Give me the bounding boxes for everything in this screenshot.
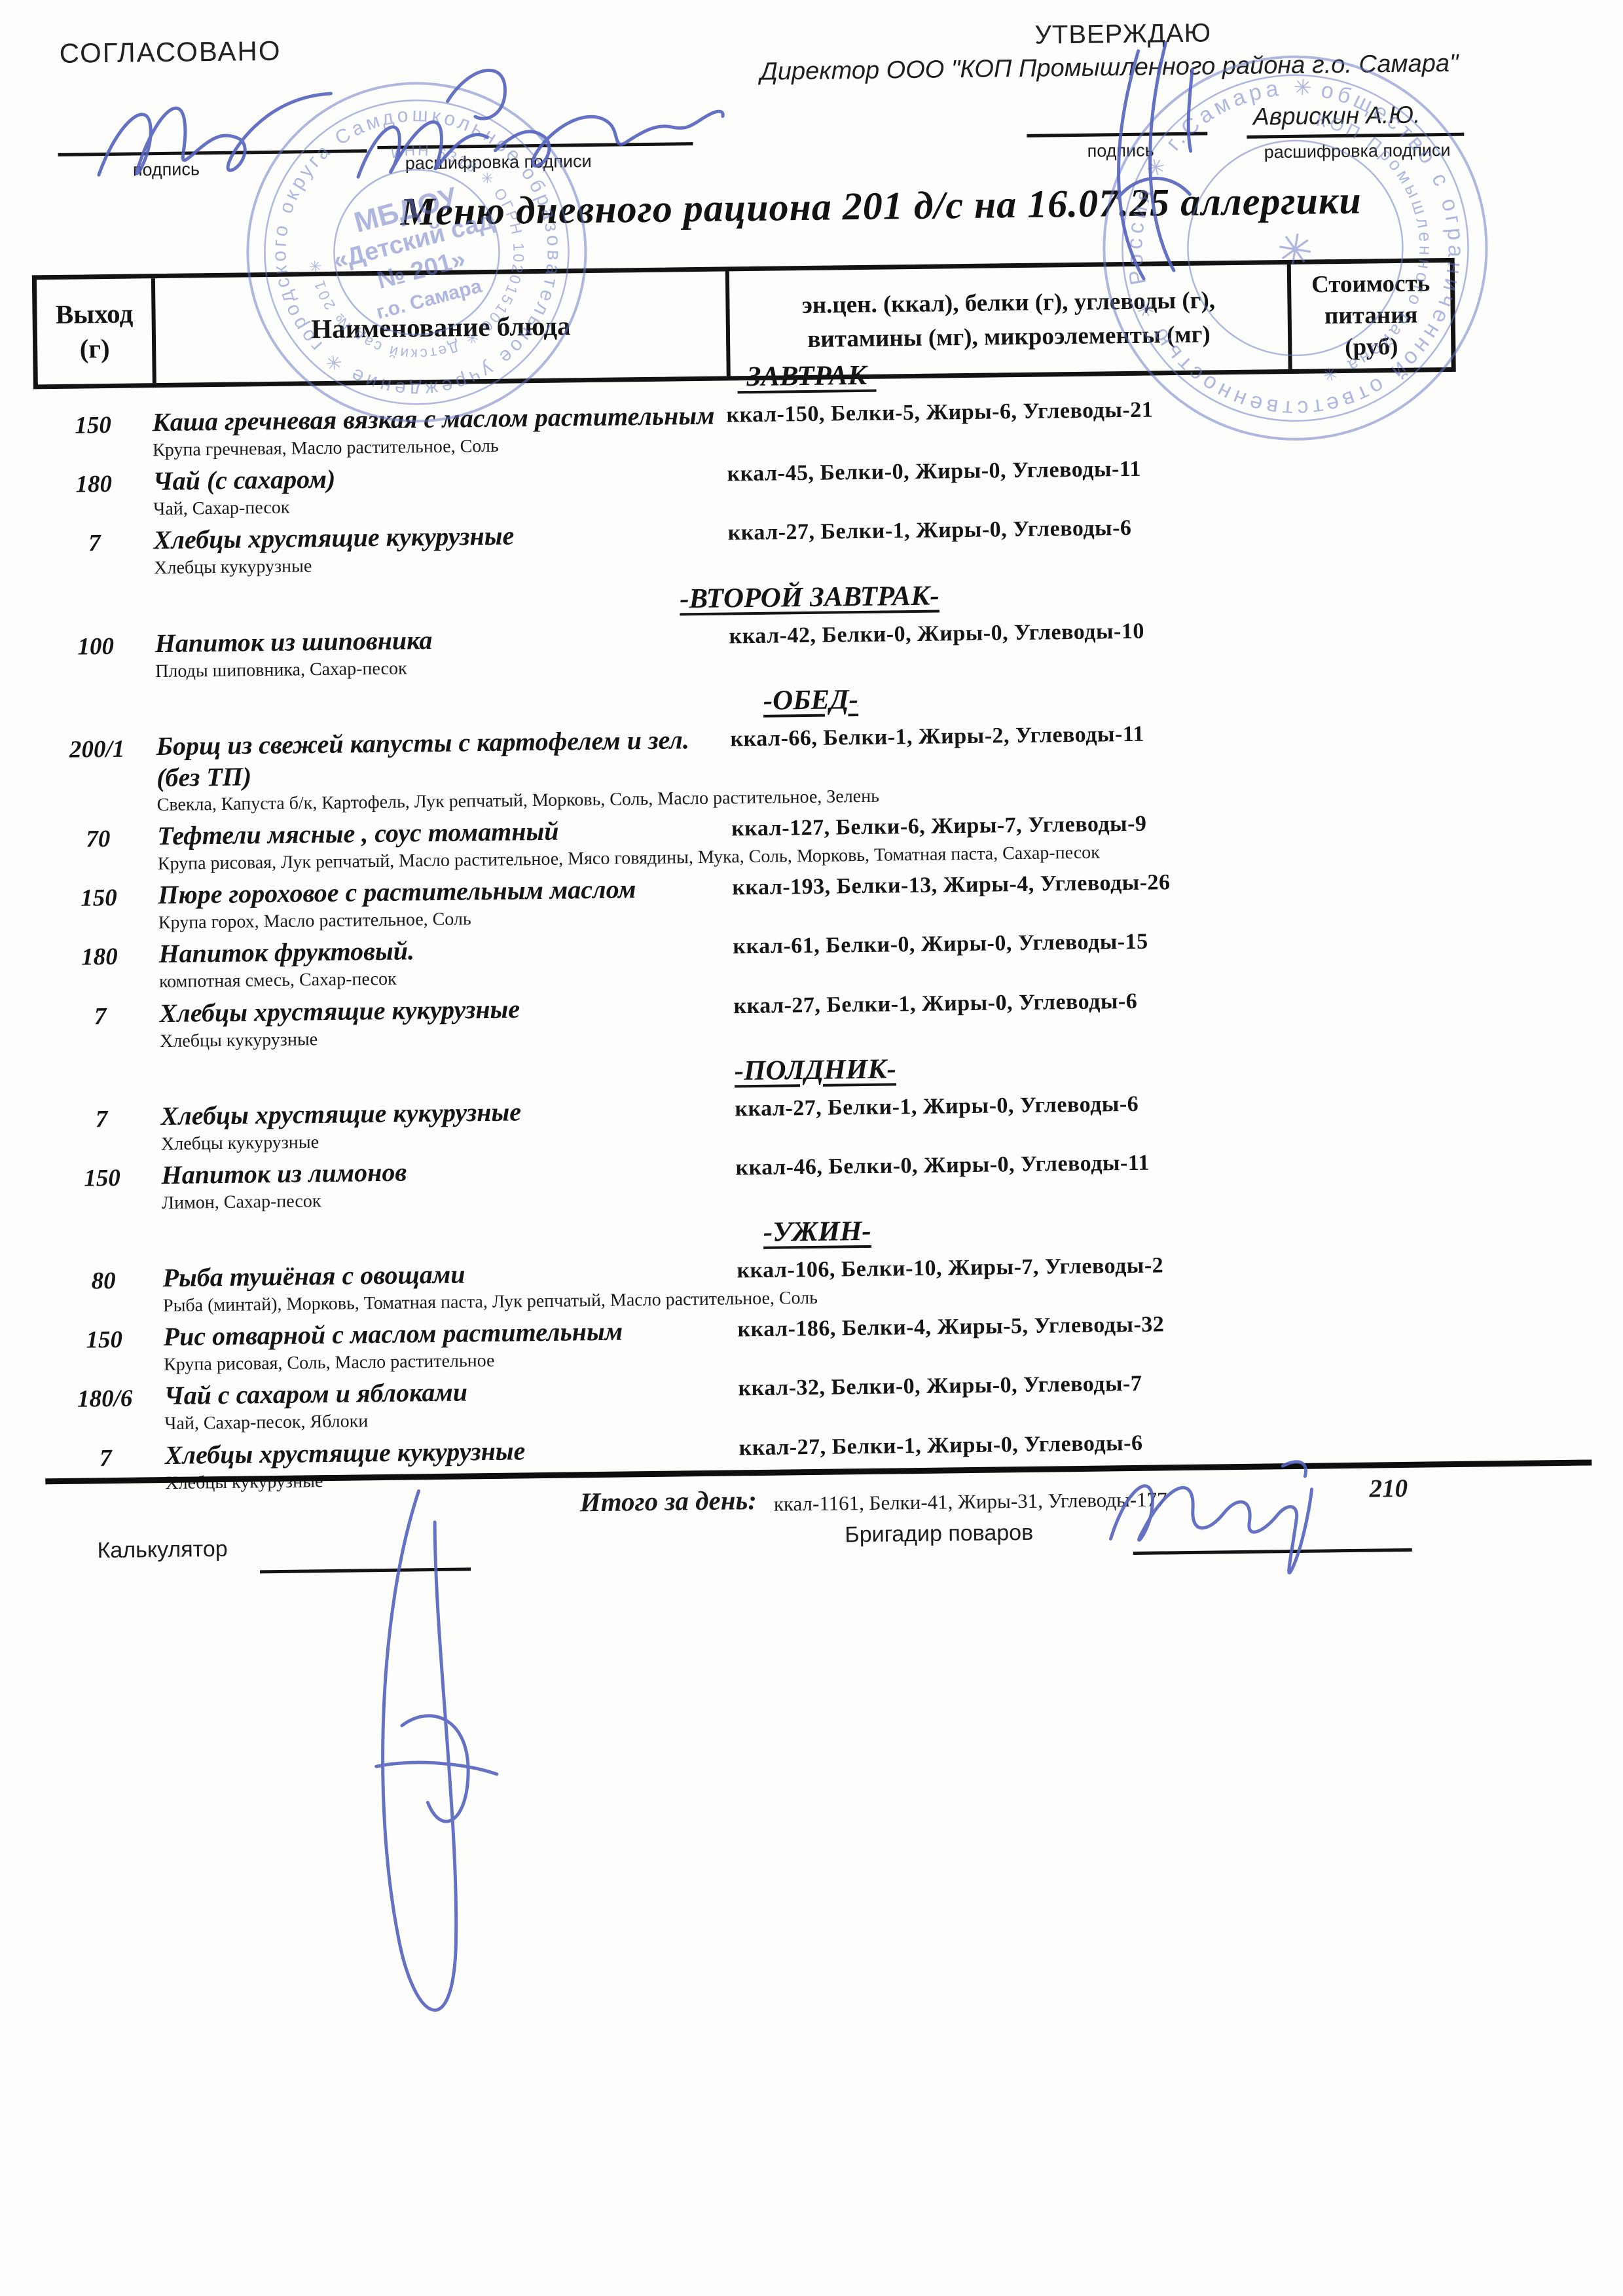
weight-cell: 7 <box>42 1101 161 1134</box>
cost-cell <box>1290 611 1459 613</box>
chef-signature-line <box>1133 1548 1412 1555</box>
agreed-label: СОГЛАСОВАНО <box>59 35 281 69</box>
weight-cell: 100 <box>36 628 155 661</box>
signature-caption: подпись <box>1087 140 1154 161</box>
director-name: Аврискин А.Ю. <box>1253 101 1421 130</box>
menu-body: -ЗАВТРАК-150Каша гречневая вязкая с масл… <box>33 347 1469 1500</box>
totals-cost: 210 <box>1369 1474 1408 1504</box>
nutrition-cell: ккал-66, Белки-1, Жиры-2, Углеводы-11 <box>730 717 1292 752</box>
transcript-line <box>1247 133 1464 139</box>
nutrition-cell: ккал-27, Белки-1, Жиры-0, Углеводы-6 <box>735 1087 1296 1121</box>
weight-cell: 180 <box>34 465 153 499</box>
weight-cell: 150 <box>33 407 153 440</box>
nutrition-cell: ккал-32, Белки-0, Жиры-0, Углеводы-7 <box>738 1366 1300 1401</box>
approved-label: УТВЕРЖДАЮ <box>1034 18 1211 50</box>
scanned-menu-document: { "header": { "agreed": "СОГЛАСОВАНО", "… <box>0 0 1623 2296</box>
dish-name: Борщ из свежей капусты с картофелем и зе… <box>156 723 731 793</box>
signature-caption: подпись <box>133 159 200 180</box>
calculator-label: Калькулятор <box>97 1537 228 1563</box>
weight-cell: 150 <box>43 1159 162 1193</box>
weight-cell: 70 <box>39 820 158 854</box>
signature-line <box>1027 132 1207 137</box>
nutrition-cell: ккал-27, Белки-1, Жиры-0, Углеводы-6 <box>727 511 1289 545</box>
transcript-caption: расшифровка подписи <box>405 151 592 173</box>
nutrition-cell: ккал-106, Белки-10, Жиры-7, Углеводы-2 <box>737 1248 1298 1283</box>
totals-nutrition: ккал-1161, Белки-41, Жиры-31, Углеводы-1… <box>774 1487 1167 1516</box>
calculator-signature-line <box>260 1567 471 1573</box>
nutrition-cell: ккал-193, Белки-13, Жиры-4, Углеводы-26 <box>732 866 1294 900</box>
nutrition-cell: ккал-61, Белки-0, Жиры-0, Углеводы-15 <box>733 924 1294 959</box>
nutrition-cell: ккал-27, Белки-1, Жиры-0, Углеводы-6 <box>739 1426 1300 1461</box>
scanned-page: СОГЛАСОВАНО УТВЕРЖДАЮ Директор ООО "КОП … <box>0 0 1623 2296</box>
page-title: Меню дневного рациона 201 д/с на 16.07.2… <box>265 176 1497 236</box>
cost-cell <box>1298 1247 1467 1248</box>
signature-line <box>58 149 367 156</box>
weight-cell: 200/1 <box>37 731 156 764</box>
weight-cell: 150 <box>45 1321 164 1355</box>
nutrition-cell: ккал-42, Белки-0, Жиры-0, Углеводы-10 <box>729 614 1290 649</box>
nutrition-cell: ккал-127, Белки-6, Жиры-7, Углеводы-9 <box>731 807 1293 841</box>
menu-row: 100Напиток из шиповникаккал-42, Белки-0,… <box>36 611 1459 688</box>
weight-cell: 180 <box>40 938 159 972</box>
cost-cell <box>1288 391 1456 393</box>
weight-cell: 150 <box>39 879 158 913</box>
nutrition-cell: ккал-45, Белки-0, Жиры-0, Углеводы-11 <box>727 452 1288 486</box>
nutrition-cell: ккал-46, Белки-0, Жиры-0, Углеводы-11 <box>735 1146 1297 1180</box>
totals-label: Итого за день: <box>579 1484 757 1518</box>
nutrition-cell: ккал-150, Белки-5, Жиры-6, Углеводы-21 <box>726 393 1288 428</box>
director-title: Директор ООО "КОП Промышленного района г… <box>760 48 1533 86</box>
weight-cell: 80 <box>44 1262 163 1296</box>
cost-cell <box>1296 1084 1465 1086</box>
transcript-line <box>377 142 693 149</box>
weight-cell: 7 <box>35 525 154 558</box>
nutrition-cell: ккал-186, Белки-4, Жиры-5, Углеводы-32 <box>737 1307 1299 1342</box>
weight-cell: 180/6 <box>45 1381 164 1414</box>
nutrition-cell: ккал-27, Белки-1, Жиры-0, Углеводы-6 <box>733 983 1295 1018</box>
transcript-caption: расшифровка подписи <box>1264 140 1450 162</box>
menu-row: 200/1Борщ из свежей капусты с картофелем… <box>37 715 1461 822</box>
chef-brigadier-label: Бригадир поваров <box>845 1520 1033 1548</box>
weight-cell: 7 <box>41 998 160 1031</box>
cost-cell <box>1292 715 1460 717</box>
weight-cell: 7 <box>46 1440 166 1473</box>
